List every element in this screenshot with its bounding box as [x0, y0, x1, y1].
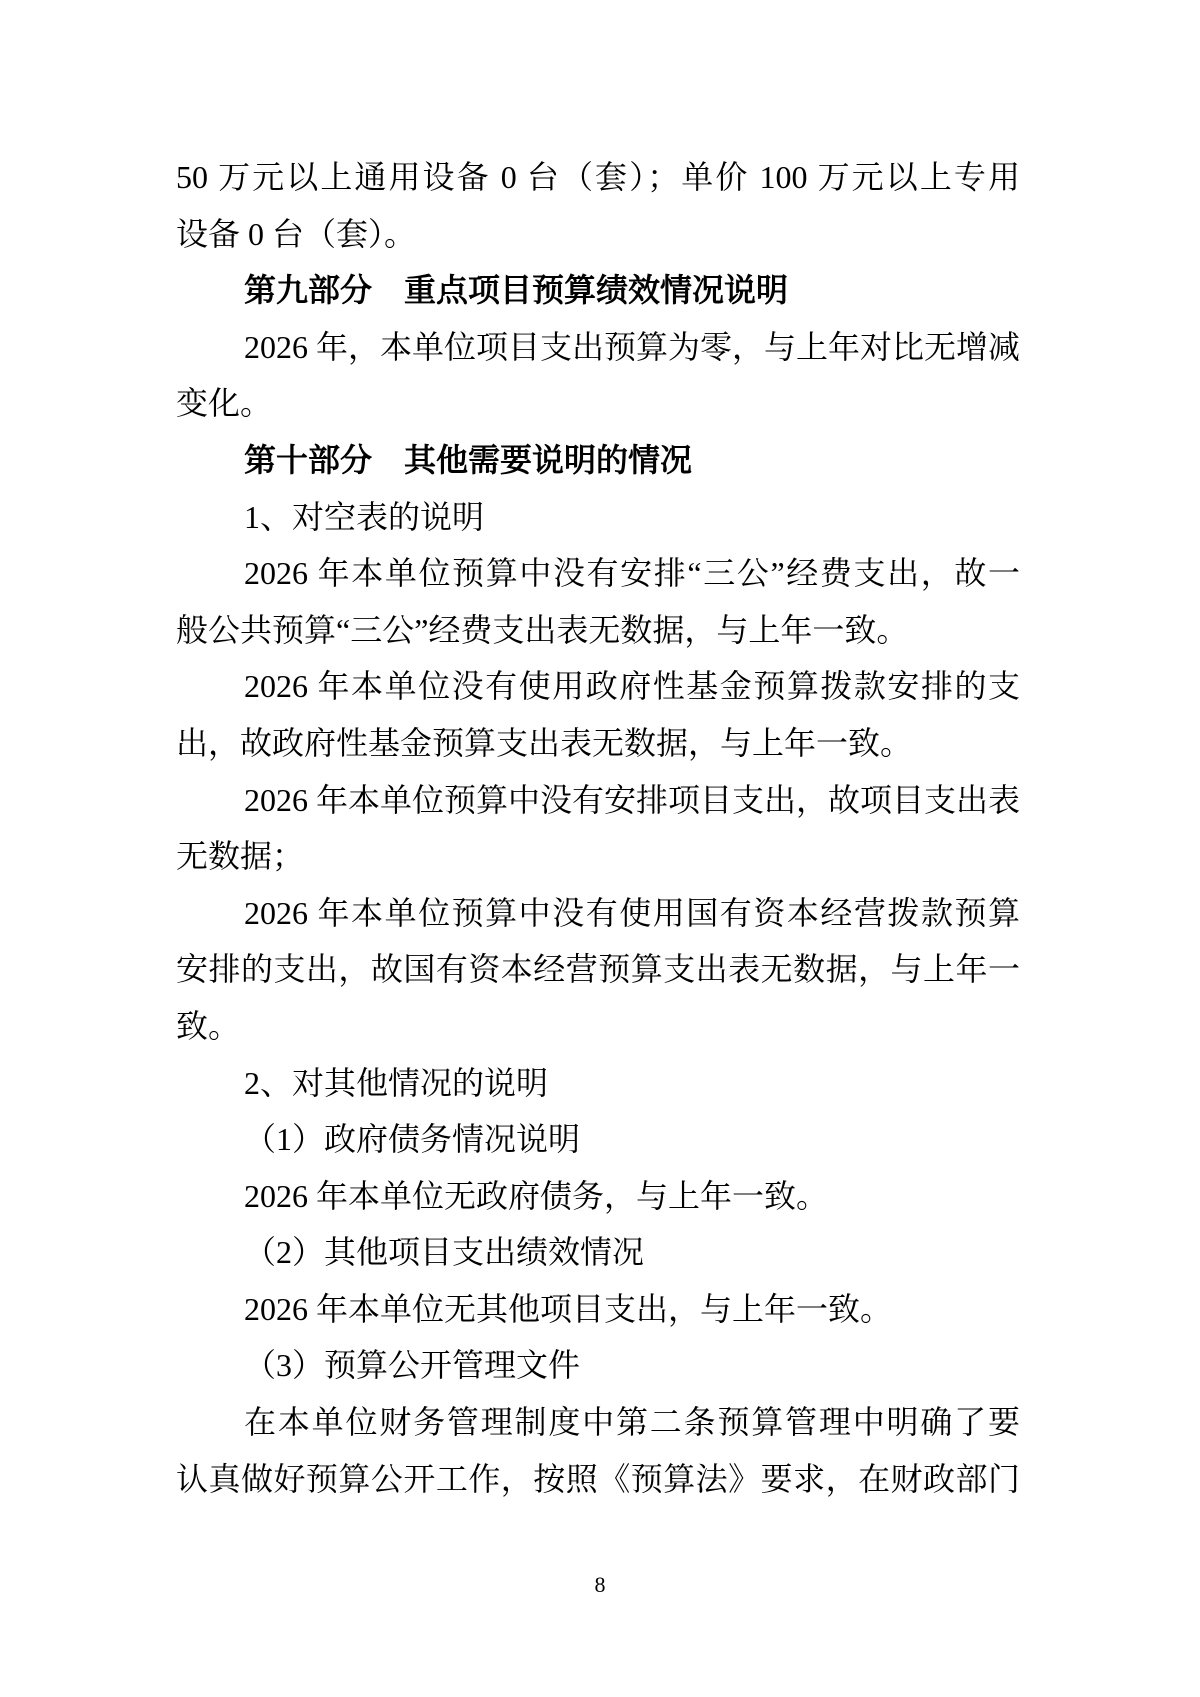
page-number: 8 [0, 1572, 1200, 1598]
list-item-2-heading: 2、对其他情况的说明 [176, 1055, 1020, 1112]
text-line: 变化。 [176, 375, 1020, 432]
document-page: 50 万元以上通用设备 0 台（套）；单价 100 万元以上专用 设备 0 台（… [0, 0, 1200, 1697]
sub-item-2-heading: （2）其他项目支出绩效情况 [176, 1224, 1020, 1281]
section-9-heading: 第九部分 重点项目预算绩效情况说明 [176, 262, 1020, 319]
text-line: 设备 0 台（套）。 [176, 206, 1020, 263]
text-line: 出，故政府性基金预算支出表无数据，与上年一致。 [176, 715, 1020, 772]
text-line: 般公共预算“三公”经费支出表无数据，与上年一致。 [176, 602, 1020, 659]
text-line: 2026 年本单位无其他项目支出，与上年一致。 [176, 1281, 1020, 1338]
section-10-heading: 第十部分 其他需要说明的情况 [176, 432, 1020, 489]
text-line: 安排的支出，故国有资本经营预算支出表无数据，与上年一 [176, 941, 1020, 998]
text-line: 2026 年本单位预算中没有安排“三公”经费支出，故一 [176, 545, 1020, 602]
text-line: 在本单位财务管理制度中第二条预算管理中明确了要 [176, 1394, 1020, 1451]
sub-item-3-heading: （3）预算公开管理文件 [176, 1337, 1020, 1394]
list-item-1-heading: 1、对空表的说明 [176, 489, 1020, 546]
text-line: 致。 [176, 998, 1020, 1055]
text-line: 认真做好预算公开工作，按照《预算法》要求，在财政部门 [176, 1451, 1020, 1508]
text-line: 50 万元以上通用设备 0 台（套）；单价 100 万元以上专用 [176, 149, 1020, 206]
text-line: 2026 年本单位无政府债务，与上年一致。 [176, 1168, 1020, 1225]
text-line: 2026 年本单位没有使用政府性基金预算拨款安排的支 [176, 658, 1020, 715]
text-line: 无数据； [176, 828, 1020, 885]
sub-item-1-heading: （1）政府债务情况说明 [176, 1111, 1020, 1168]
text-line: 2026 年本单位预算中没有安排项目支出，故项目支出表 [176, 772, 1020, 829]
text-line: 2026 年，本单位项目支出预算为零，与上年对比无增减 [176, 319, 1020, 376]
document-body: 50 万元以上通用设备 0 台（套）；单价 100 万元以上专用 设备 0 台（… [176, 149, 1020, 1507]
text-line: 2026 年本单位预算中没有使用国有资本经营拨款预算 [176, 885, 1020, 942]
